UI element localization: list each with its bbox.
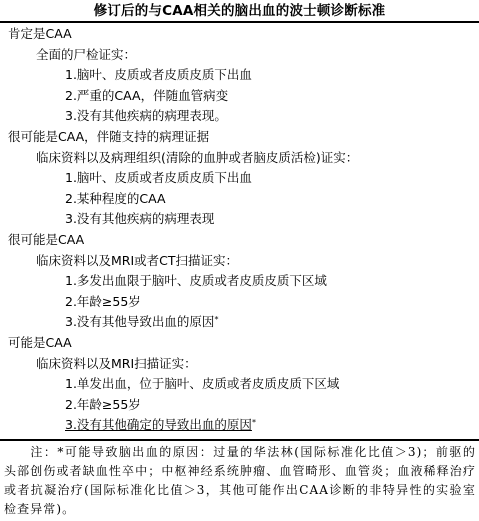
footnote-mark: *: [252, 418, 256, 427]
section-subheading-probable-pathology: 临床资料以及病理组织(清除的血肿或者脑皮质活检)证实：: [0, 148, 479, 169]
footnote-text: 注：*可能导致脑出血的原因：过量的华法林(国际标准化比值＞3)；前驱的头部创伤或…: [4, 445, 476, 516]
table-title: 修订后的与CAA相关的脑出血的波士顿诊断标准: [0, 2, 479, 20]
criterion-item: 3.没有其他疾病的病理表现: [0, 209, 479, 230]
section-subheading-probable: 临床资料以及MRI或者CT扫描证实：: [0, 251, 479, 272]
criterion-text: 3.没有其他确定的导致出血的原因: [65, 417, 252, 432]
section-heading-possible: 可能是CAA: [0, 333, 479, 354]
section-subheading-definite: 全面的尸检证实：: [0, 45, 479, 66]
bottom-rule: [0, 439, 479, 441]
criterion-item: 2.年龄≥55岁: [0, 395, 479, 416]
criterion-item: 3.没有其他疾病的病理表现。: [0, 106, 479, 127]
criterion-item: 2.严重的CAA，伴随血管病变: [0, 86, 479, 107]
top-rule: [0, 21, 479, 23]
criterion-item: 1.多发出血限于脑叶、皮质或者皮质皮质下区域: [0, 271, 479, 292]
footnote-mark: *: [214, 315, 218, 324]
criterion-text: 3.没有其他导致出血的原因: [65, 314, 214, 329]
criterion-item: 1.脑叶、皮质或者皮质皮质下出血: [0, 65, 479, 86]
criterion-item: 3.没有其他导致出血的原因*: [0, 312, 479, 333]
criterion-item: 1.单发出血，位于脑叶、皮质或者皮质皮质下区域: [0, 374, 479, 395]
criterion-item: 3.没有其他确定的导致出血的原因*: [0, 415, 479, 436]
section-heading-definite: 肯定是CAA: [0, 24, 479, 45]
criterion-item: 1.脑叶、皮质或者皮质皮质下出血: [0, 168, 479, 189]
section-heading-probable: 很可能是CAA: [0, 230, 479, 251]
section-subheading-possible: 临床资料以及MRI扫描证实：: [0, 354, 479, 375]
footnote: 注：*可能导致脑出血的原因：过量的华法林(国际标准化比值＞3)；前驱的头部创伤或…: [4, 443, 476, 519]
criterion-item: 2.年龄≥55岁: [0, 292, 479, 313]
section-heading-probable-pathology: 很可能是CAA，伴随支持的病理证据: [0, 127, 479, 148]
criteria-table: 肯定是CAA 全面的尸检证实： 1.脑叶、皮质或者皮质皮质下出血 2.严重的CA…: [0, 24, 479, 436]
criterion-item: 2.某种程度的CAA: [0, 189, 479, 210]
